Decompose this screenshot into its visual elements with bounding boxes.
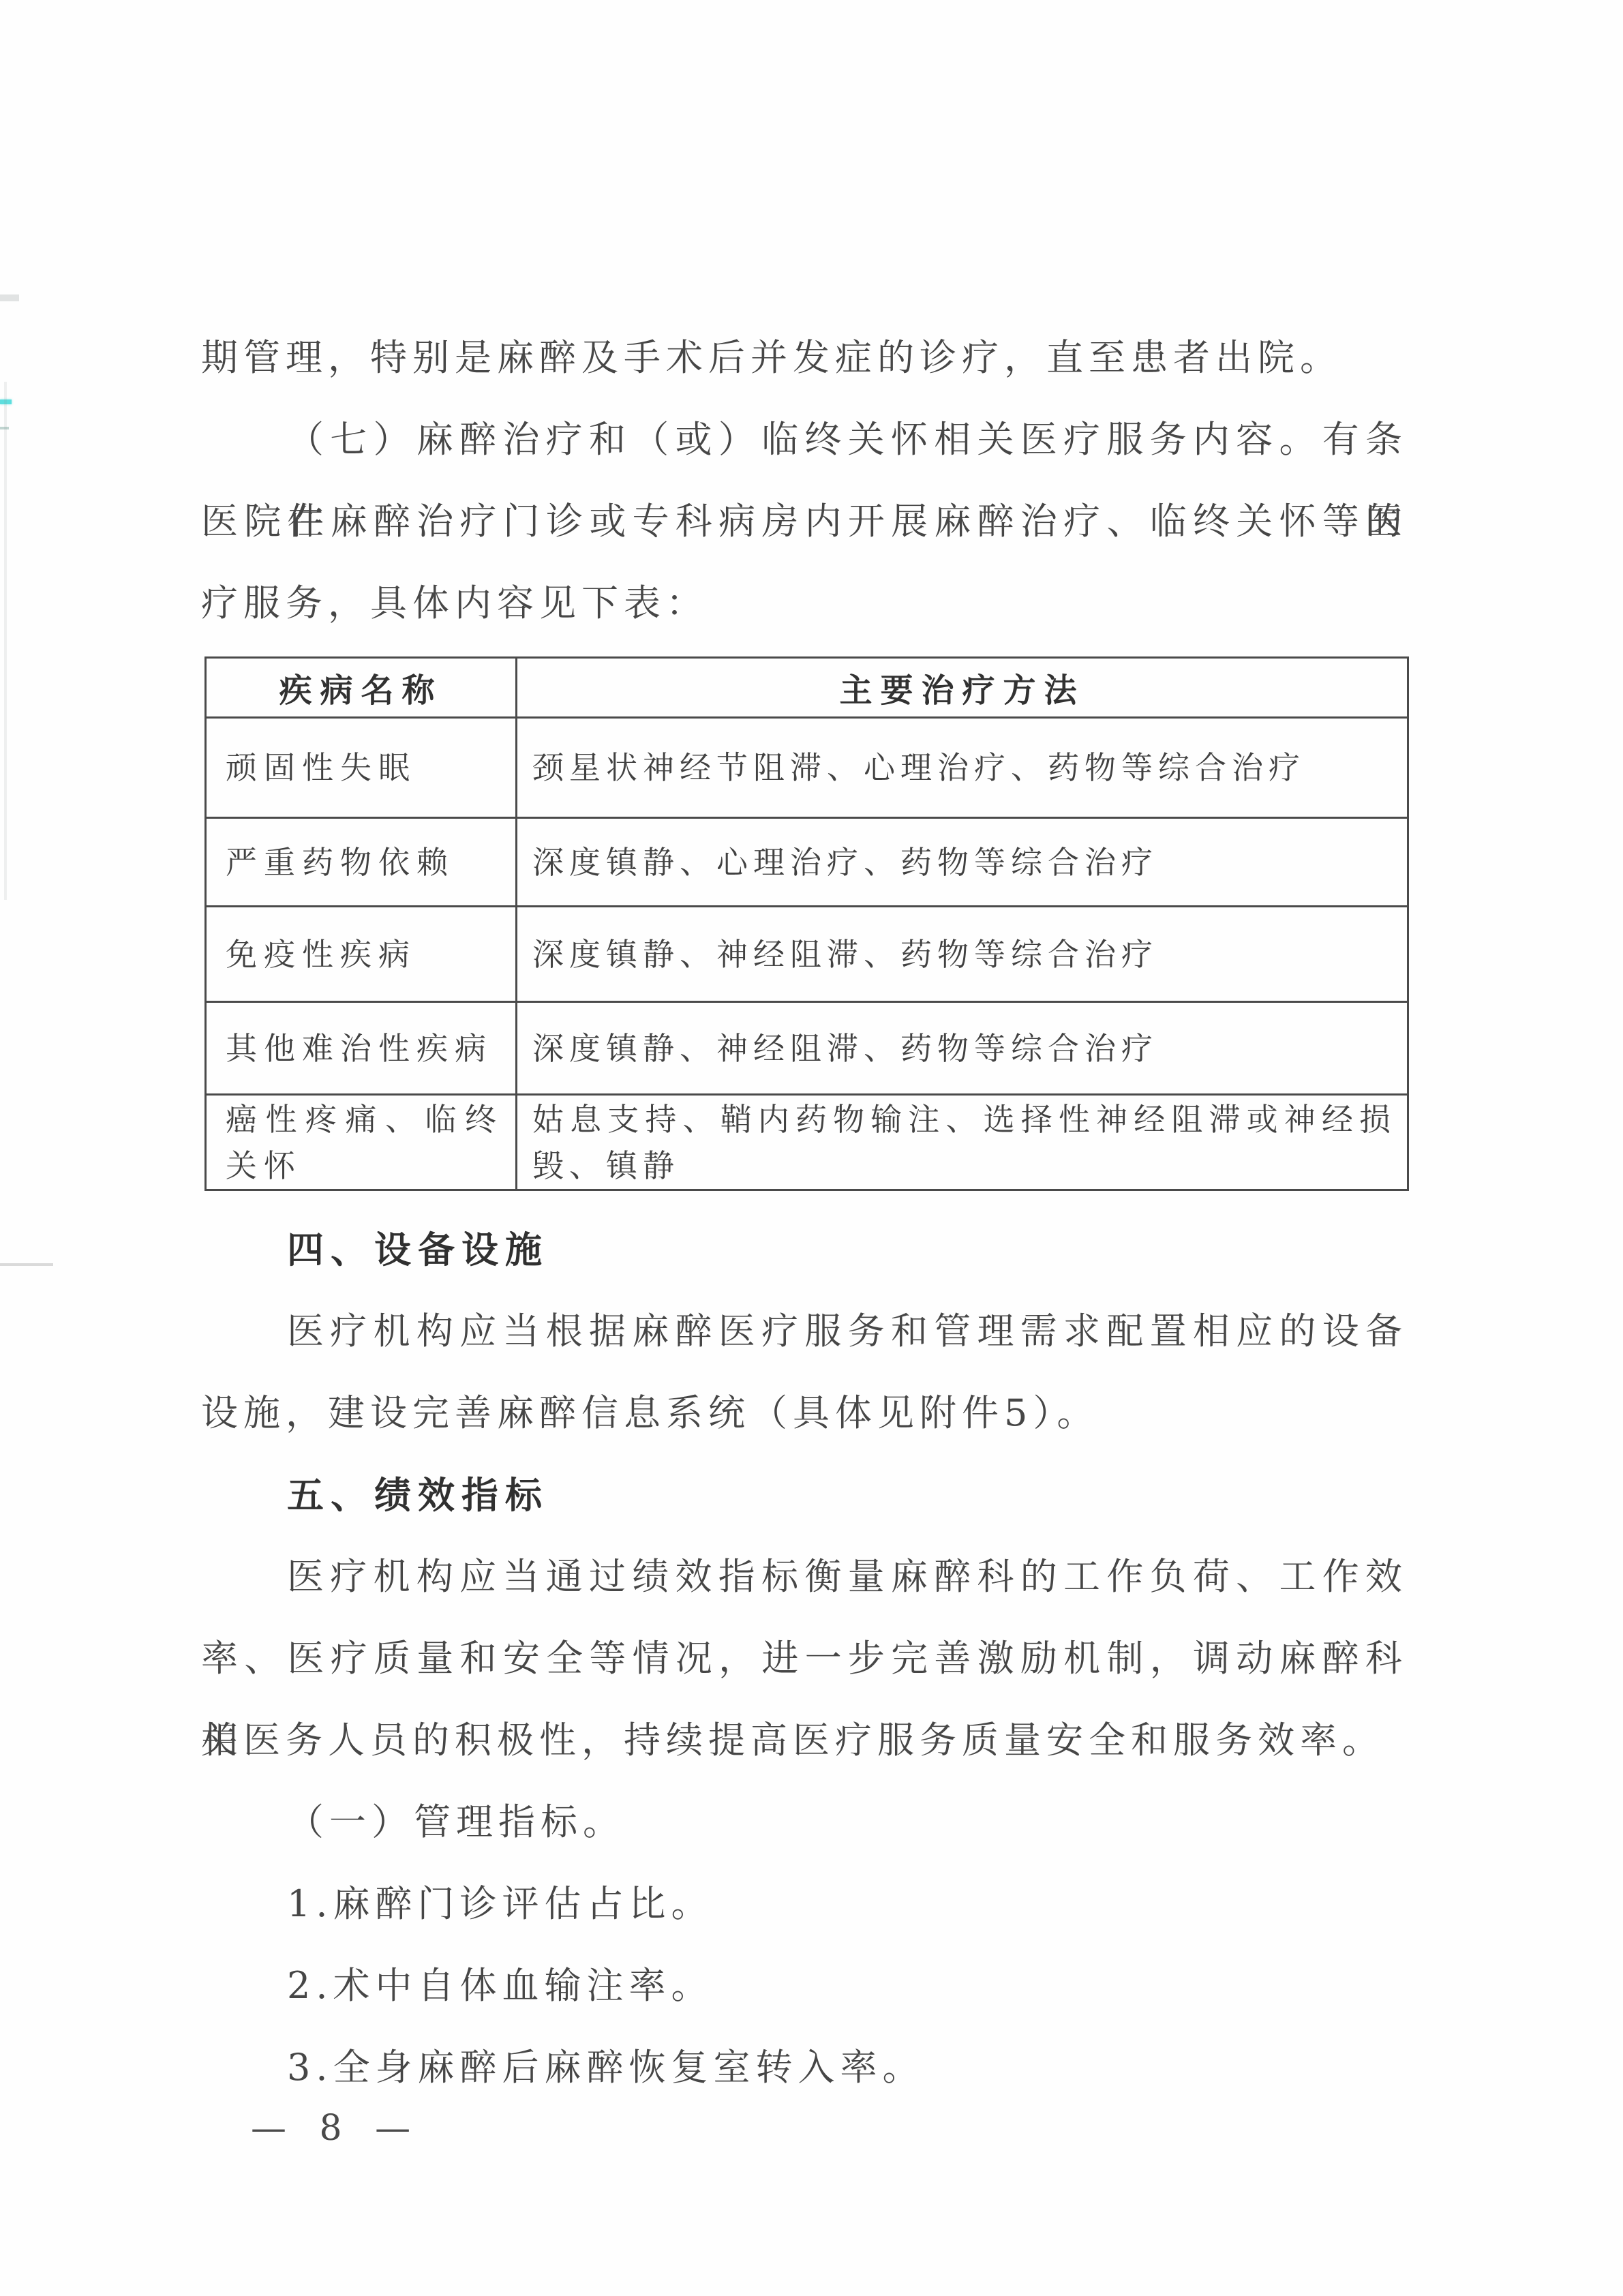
text-line: 关医务人员的积极性，持续提高医疗服务质量安全和服务效率。 [201,1700,1408,1781]
page-number: — 8 — [251,2108,421,2149]
table-row: 免疫性疾病 深度镇静、神经阻滞、药物等综合治疗 [206,907,1408,1002]
text-line: 2.术中自体血输注率。 [201,1945,1408,2027]
column-header-disease: 疾病名称 [206,658,517,718]
scan-artifact-teal-line [0,427,9,429]
treatment-cell: 深度镇静、心理治疗、药物等综合治疗 [517,818,1408,907]
table-header-row: 疾病名称 主要治疗方法 [206,658,1408,718]
text-line: 五、绩效指标 [201,1454,1408,1536]
disease-cell: 顽固性失眠 [206,718,517,818]
page-content: 期管理，特别是麻醉及手术后并发症的诊疗，直至患者出院。（七）麻醉治疗和（或）临终… [201,317,1408,2109]
text-line: （七）麻醉治疗和（或）临终关怀相关医疗服务内容。有条件的 [201,399,1408,481]
disease-cell: 癌性疼痛、临终关怀 [206,1095,517,1190]
treatment-table: 疾病名称 主要治疗方法 顽固性失眠 颈星状神经节阻滞、心理治疗、药物等综合治疗 … [204,656,1409,1191]
table-row: 癌性疼痛、临终关怀 姑息支持、鞘内药物输注、选择性神经阻滞或神经损毁、镇静 [206,1095,1408,1190]
table-row: 顽固性失眠 颈星状神经节阻滞、心理治疗、药物等综合治疗 [206,718,1408,818]
scan-artifact-cyan-line [0,399,12,404]
treatment-cell: 深度镇静、神经阻滞、药物等综合治疗 [517,1002,1408,1095]
scan-artifact-horizontal-line [0,1263,53,1266]
scan-artifact-vertical-streak [4,382,7,900]
text-line: 四、设备设施 [201,1209,1408,1290]
paragraph-block-bottom: 四、设备设施医疗机构应当根据麻醉医疗服务和管理需求配置相应的设备设施，建设完善麻… [201,1209,1408,2109]
text-line: （一）管理指标。 [201,1781,1408,1863]
table-row: 严重药物依赖 深度镇静、心理治疗、药物等综合治疗 [206,818,1408,907]
table-row: 其他难治性疾病 深度镇静、神经阻滞、药物等综合治疗 [206,1002,1408,1095]
paragraph-block-top: 期管理，特别是麻醉及手术后并发症的诊疗，直至患者出院。（七）麻醉治疗和（或）临终… [201,317,1408,644]
text-line: 医疗机构应当根据麻醉医疗服务和管理需求配置相应的设备 [201,1290,1408,1372]
text-line: 3.全身麻醉后麻醉恢复室转入率。 [201,2027,1408,2109]
treatment-cell: 深度镇静、神经阻滞、药物等综合治疗 [517,907,1408,1002]
scan-artifact-gray-mark [0,294,19,301]
treatment-cell: 姑息支持、鞘内药物输注、选择性神经阻滞或神经损毁、镇静 [517,1095,1408,1190]
disease-cell: 其他难治性疾病 [206,1002,517,1095]
text-line: 疗服务，具体内容见下表： [201,562,1408,644]
column-header-treatment: 主要治疗方法 [517,658,1408,718]
document-page: 期管理，特别是麻醉及手术后并发症的诊疗，直至患者出院。（七）麻醉治疗和（或）临终… [0,0,1623,2296]
text-line: 医院在麻醉治疗门诊或专科病房内开展麻醉治疗、临终关怀等医 [201,481,1408,562]
text-line: 医疗机构应当通过绩效指标衡量麻醉科的工作负荷、工作效 [201,1536,1408,1618]
disease-cell: 严重药物依赖 [206,818,517,907]
disease-cell: 免疫性疾病 [206,907,517,1002]
text-line: 期管理，特别是麻醉及手术后并发症的诊疗，直至患者出院。 [201,317,1408,399]
treatment-cell: 颈星状神经节阻滞、心理治疗、药物等综合治疗 [517,718,1408,818]
text-line: 率、医疗质量和安全等情况，进一步完善激励机制，调动麻醉科相 [201,1618,1408,1700]
text-line: 设施，建设完善麻醉信息系统（具体见附件5）。 [201,1372,1408,1454]
text-line: 1.麻醉门诊评估占比。 [201,1863,1408,1945]
